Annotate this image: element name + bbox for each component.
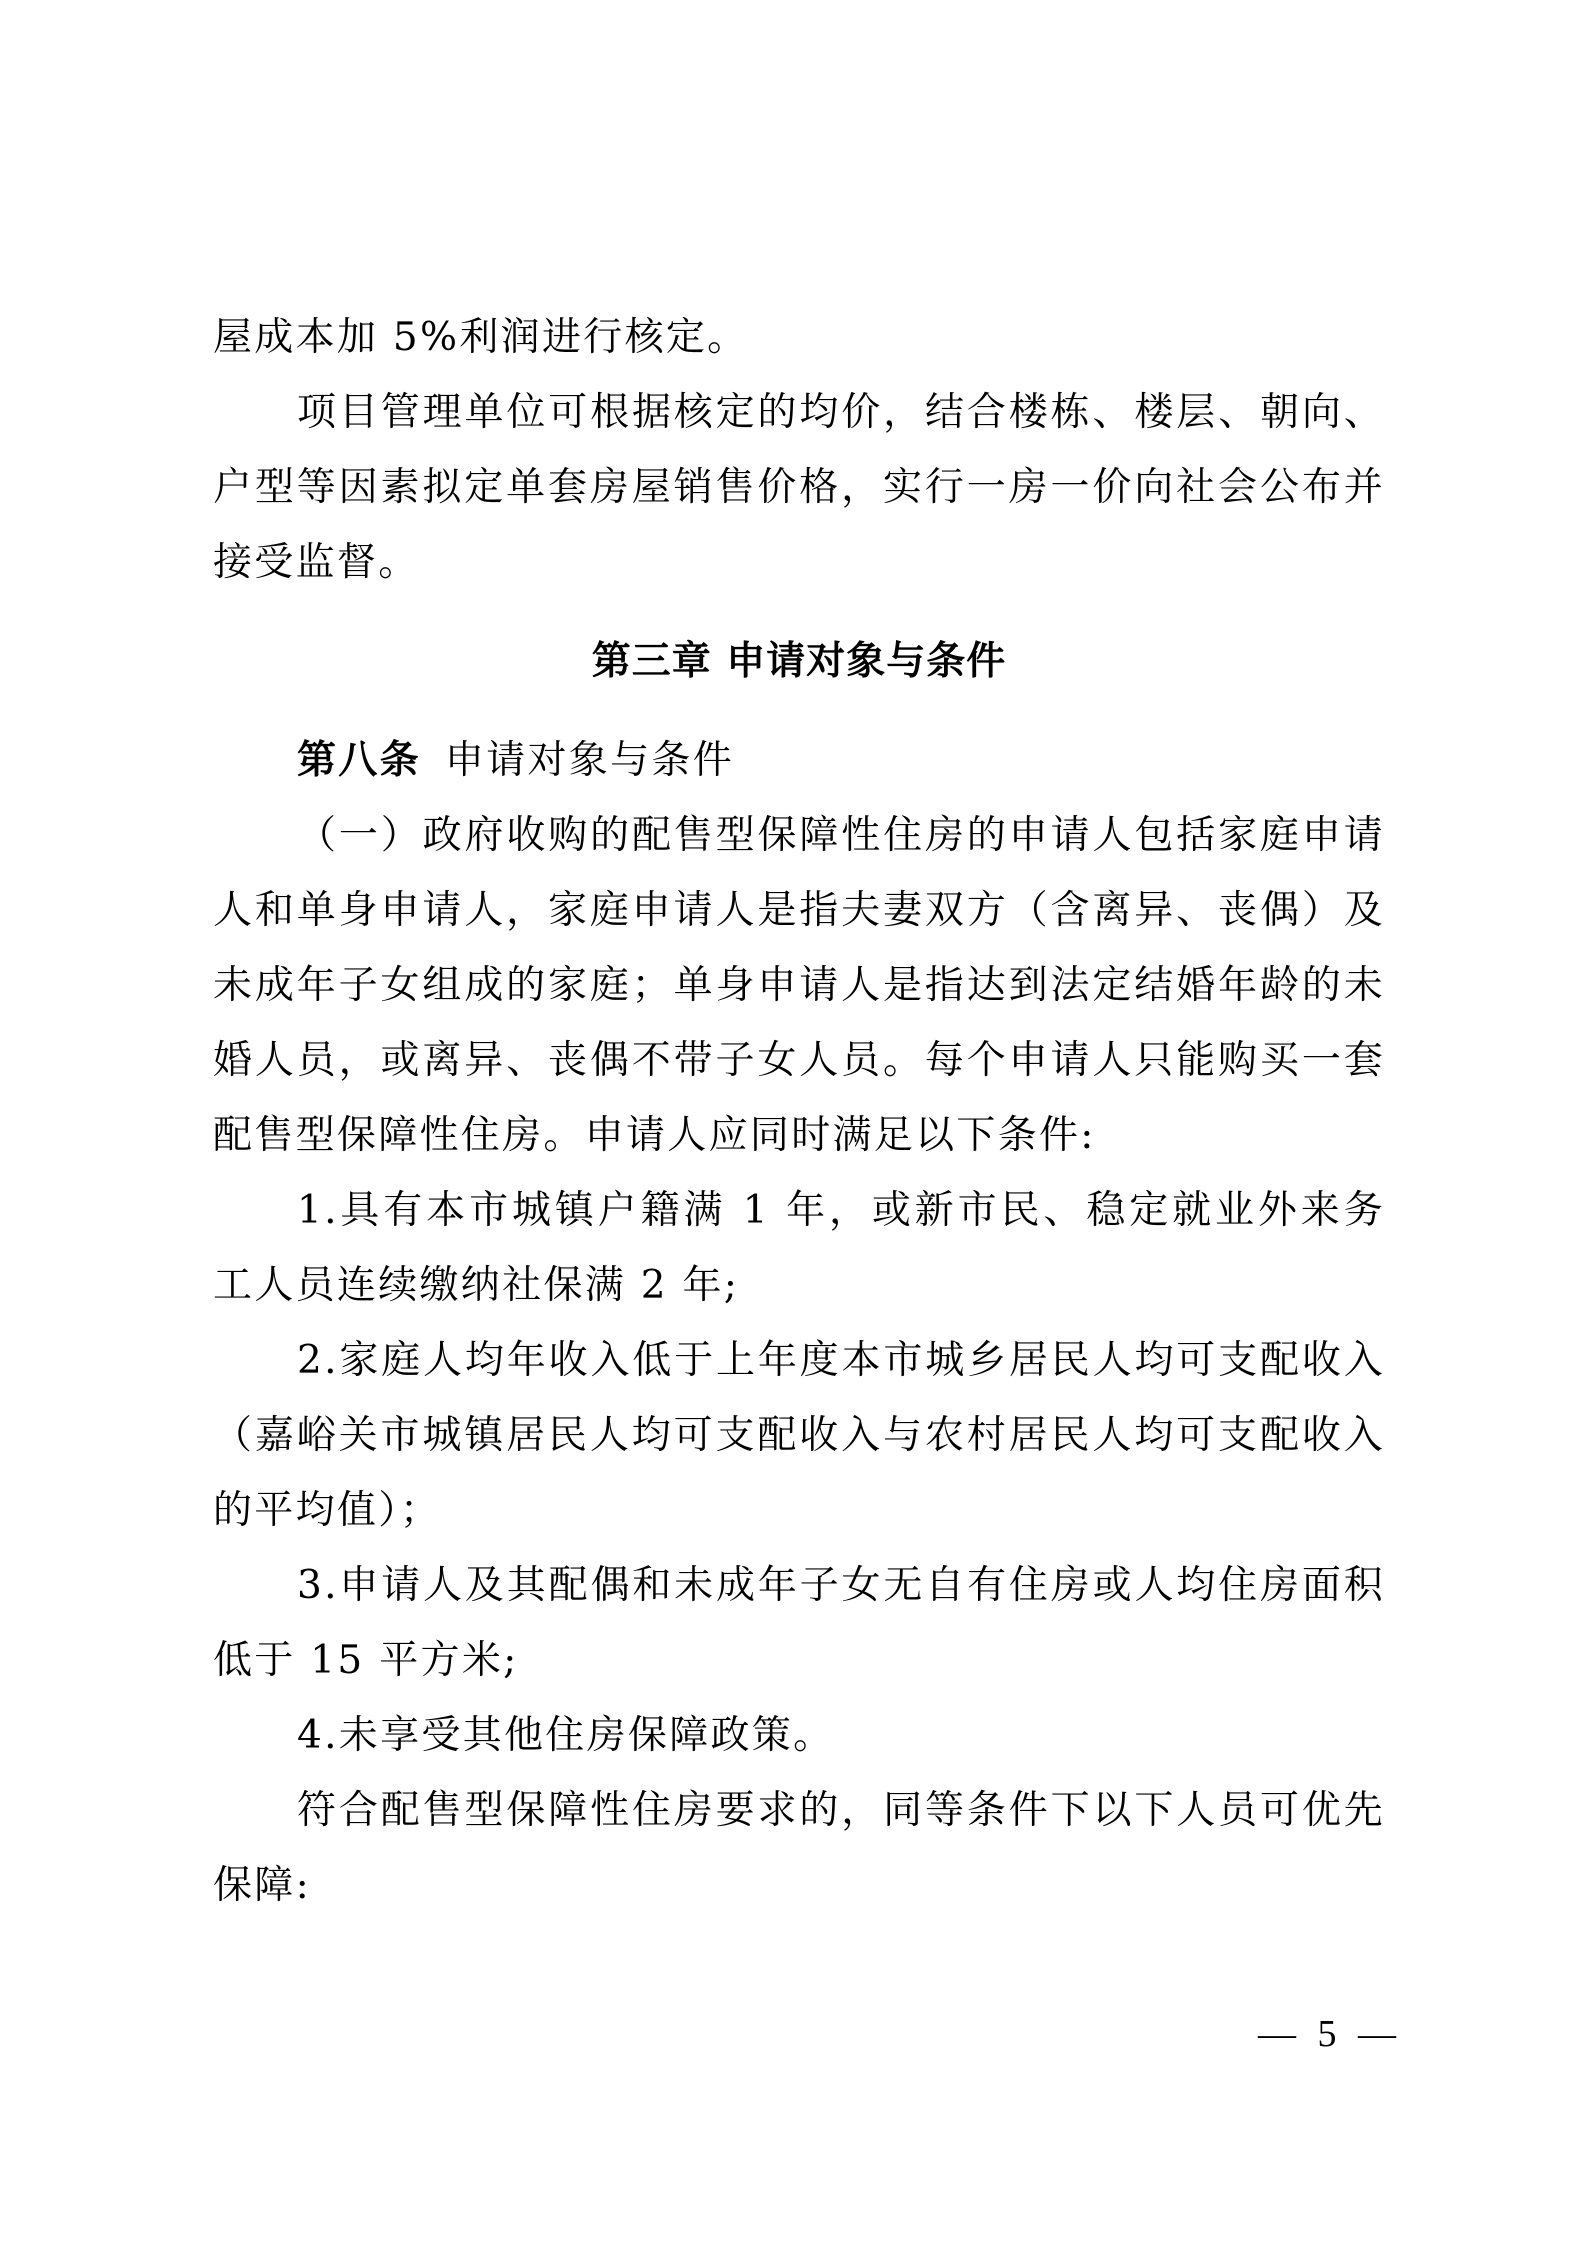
article-title: 申请对象与条件 xyxy=(445,738,734,783)
page-number: — 5 — xyxy=(1258,2012,1402,2056)
paragraph-priority: 符合配售型保障性住房要求的，同等条件下以下人员可优先保障: xyxy=(213,1773,1385,1923)
paragraph-pricing: 项目管理单位可根据核定的均价，结合楼栋、楼层、朝向、户型等因素拟定单套房屋销售价… xyxy=(213,375,1385,600)
chapter-heading: 第三章 申请对象与条件 xyxy=(213,624,1385,699)
condition-3: 3.申请人及其配偶和未成年子女无自有住房或人均住房面积低于 15 平方米; xyxy=(213,1548,1385,1698)
article-label: 第八条 xyxy=(297,738,421,783)
condition-4: 4.未享受其他住房保障政策。 xyxy=(213,1698,1385,1773)
condition-1: 1.具有本市城镇户籍满 1 年，或新市民、稳定就业外来务工人员连续缴纳社保满 2… xyxy=(213,1173,1385,1323)
article-heading: 第八条申请对象与条件 xyxy=(213,723,1385,798)
condition-2: 2.家庭人均年收入低于上年度本市城乡居民人均可支配收入（嘉峪关市城镇居民人均可支… xyxy=(213,1323,1385,1548)
paragraph-continuation: 屋成本加 5%利润进行核定。 xyxy=(213,300,1385,375)
paragraph-applicants: （一）政府收购的配售型保障性住房的申请人包括家庭申请人和单身申请人，家庭申请人是… xyxy=(213,798,1385,1173)
document-page: 屋成本加 5%利润进行核定。 项目管理单位可根据核定的均价，结合楼栋、楼层、朝向… xyxy=(213,300,1385,1923)
